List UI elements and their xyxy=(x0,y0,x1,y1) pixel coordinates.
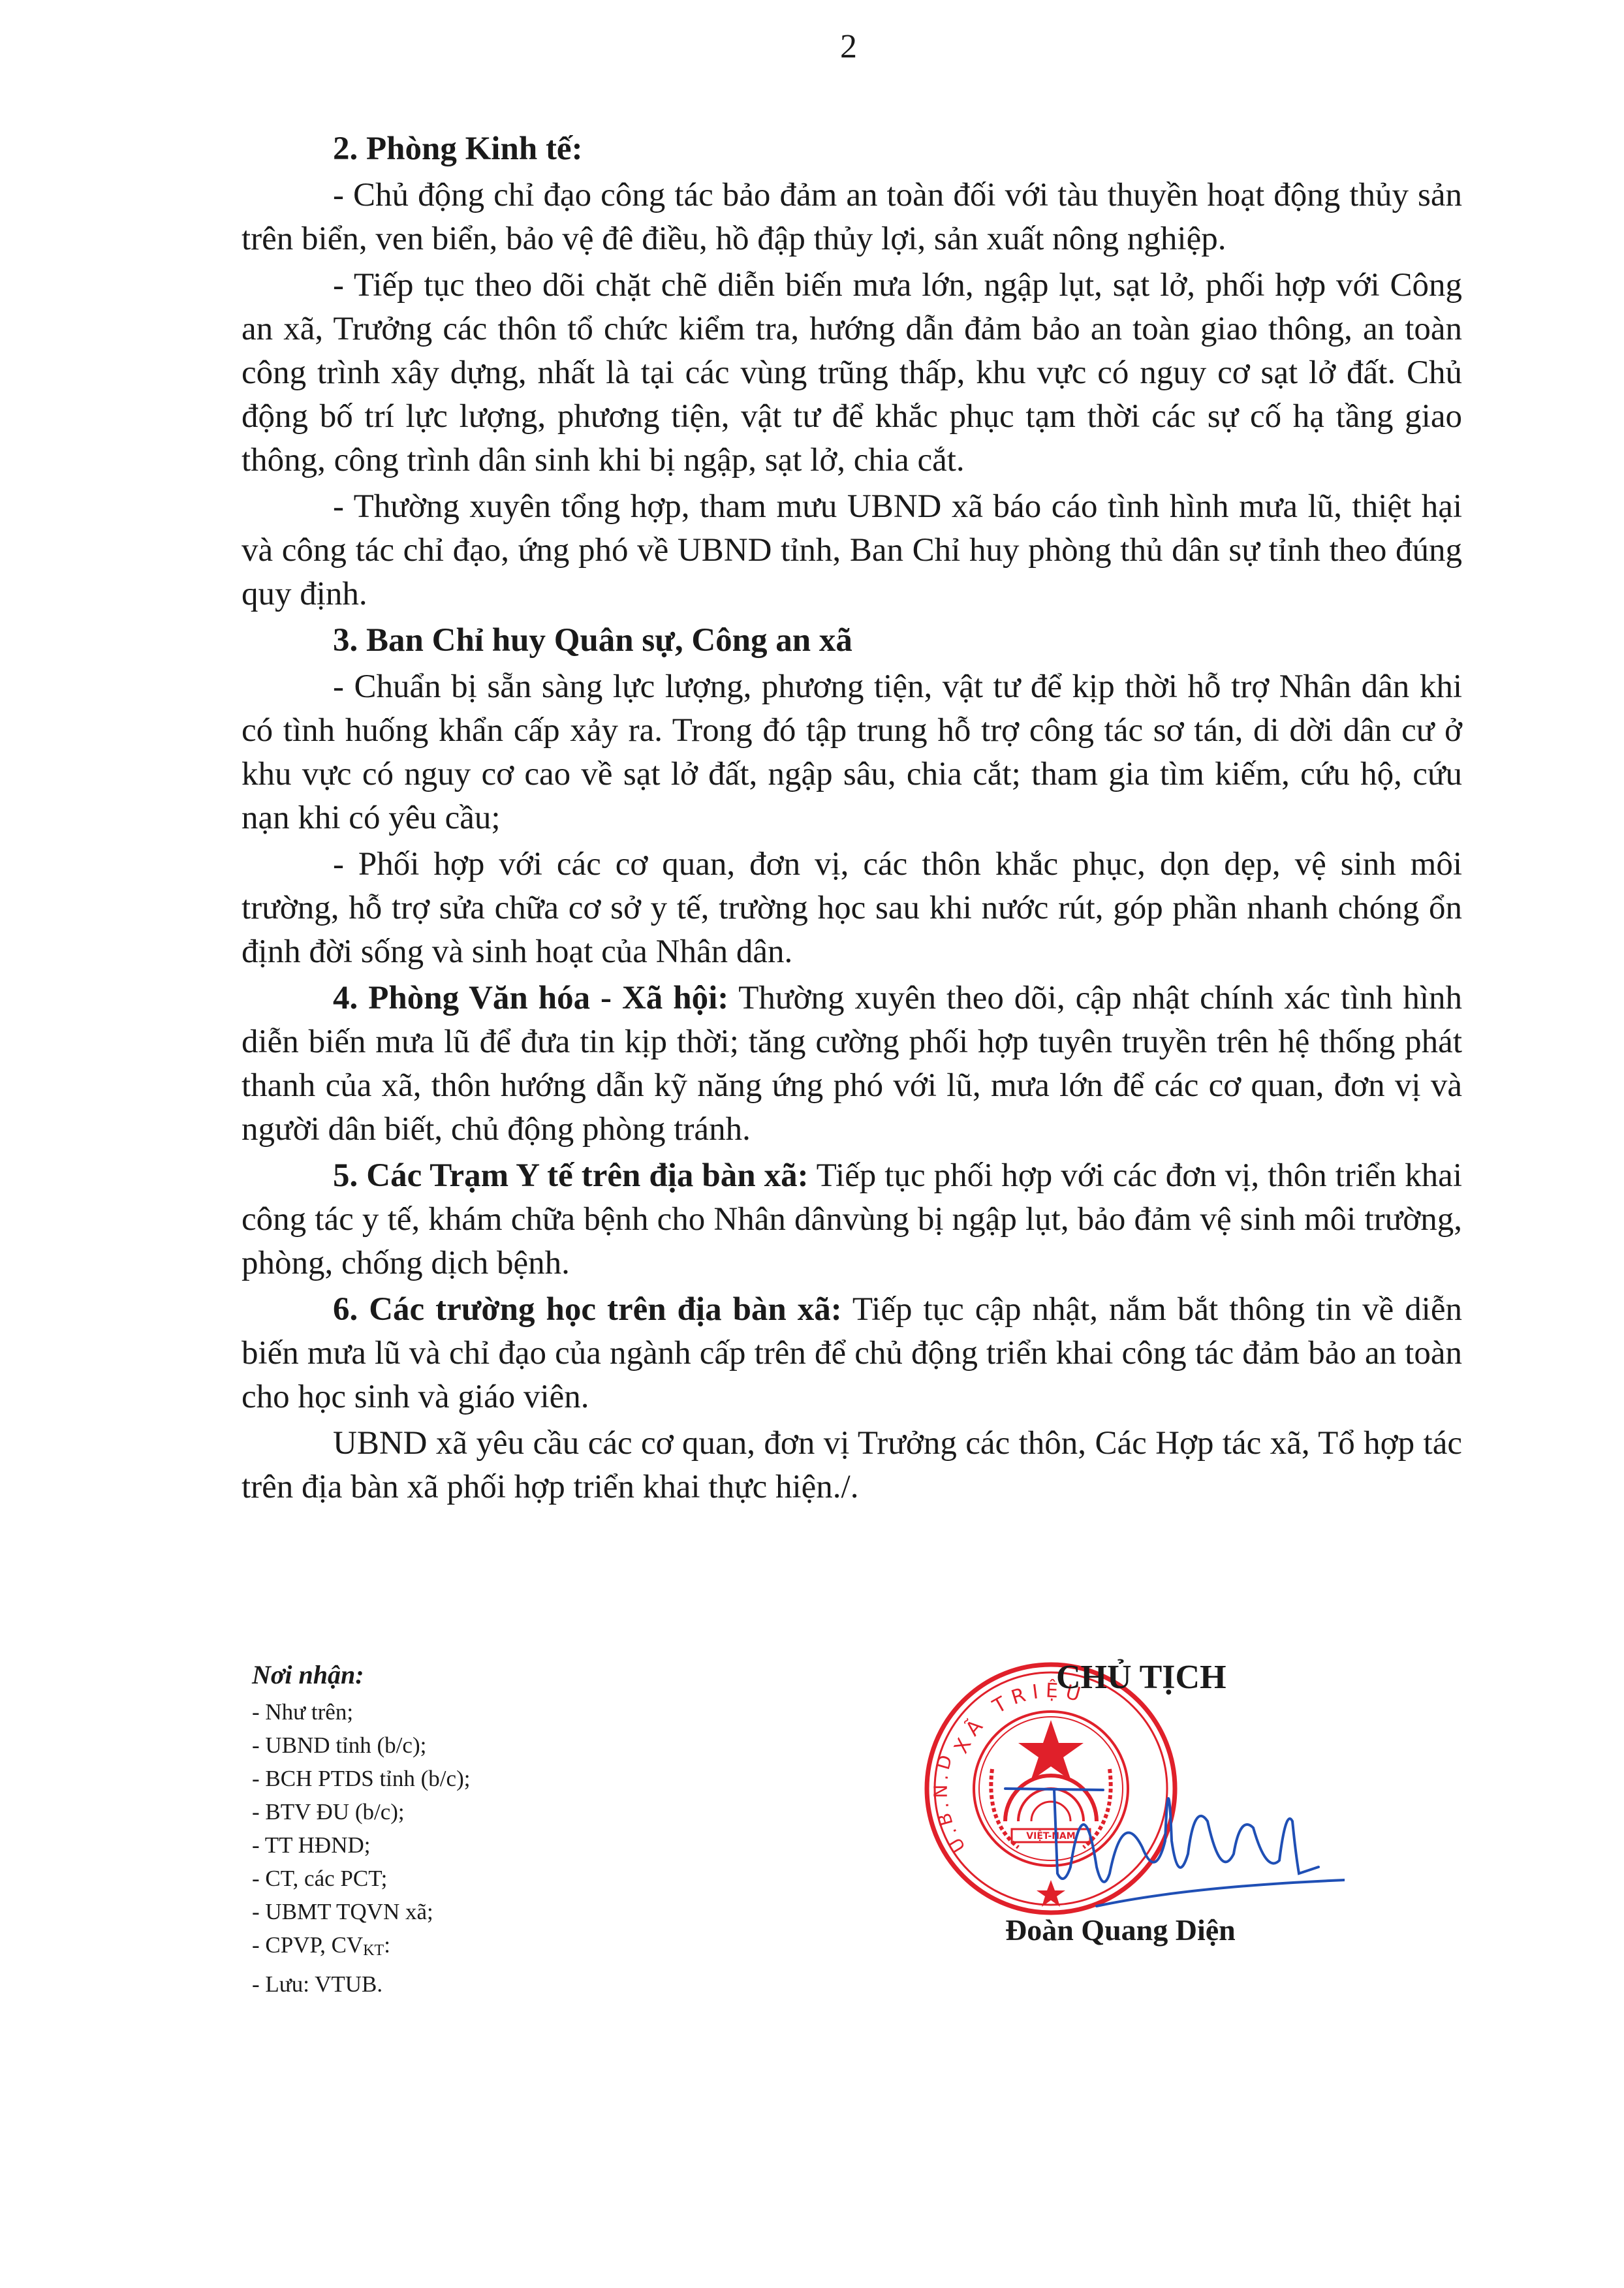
signer-title: CHỦ TỊCH xyxy=(1056,1658,1226,1697)
section-heading: 2. Phòng Kinh tế: xyxy=(242,127,1462,171)
closing-paragraph: UBND xã yêu cầu các cơ quan, đơn vị Trưở… xyxy=(242,1422,1462,1509)
section-label: 4. Phòng Văn hóa - Xã hội: xyxy=(333,980,728,1016)
recipient-item: - Lưu: VTUB. xyxy=(252,1967,709,2001)
recipients-block: Nơi nhận: - Như trên; - UBND tỉnh (b/c);… xyxy=(252,1658,709,2001)
document-body: 2. Phòng Kinh tế: - Chủ động chỉ đạo côn… xyxy=(242,127,1462,1512)
paragraph: - Phối hợp với các cơ quan, đơn vị, các … xyxy=(242,843,1462,974)
recipient-subscript: KT xyxy=(363,1942,384,1959)
section-paragraph: 4. Phòng Văn hóa - Xã hội: Thường xuyên … xyxy=(242,977,1462,1152)
section-paragraph: 6. Các trường học trên địa bàn xã: Tiếp … xyxy=(242,1288,1462,1419)
signer-name: Đoàn Quang Diện xyxy=(1005,1913,1236,1947)
page-number: 2 xyxy=(0,27,1624,66)
section-heading: 3. Ban Chỉ huy Quân sự, Công an xã xyxy=(242,619,1462,663)
recipient-item: - TT HĐND; xyxy=(252,1828,709,1862)
section-label: 6. Các trường học trên địa bàn xã: xyxy=(333,1291,842,1328)
recipient-item-cv: - CPVP, CVKT: xyxy=(252,1928,709,1967)
recipient-item: - Như trên; xyxy=(252,1695,709,1729)
section-label: 5. Các Trạm Y tế trên địa bàn xã: xyxy=(333,1157,809,1194)
recipient-item: - CT, các PCT; xyxy=(252,1862,709,1895)
section-paragraph: 5. Các Trạm Y tế trên địa bàn xã: Tiếp t… xyxy=(242,1154,1462,1285)
paragraph: - Chủ động chỉ đạo công tác bảo đảm an t… xyxy=(242,174,1462,261)
paragraph: - Thường xuyên tổng hợp, tham mưu UBND x… xyxy=(242,485,1462,616)
recipient-item: - UBND tỉnh (b/c); xyxy=(252,1729,709,1762)
recipient-item-text: - CPVP, CV xyxy=(252,1932,363,1958)
recipients-title: Nơi nhận: xyxy=(252,1658,709,1691)
recipient-item: - UBMT TQVN xã; xyxy=(252,1895,709,1928)
recipient-item: - BCH PTDS tỉnh (b/c); xyxy=(252,1762,709,1795)
signature-block: XÃ TRIỆU U.B.N.D VIỆT-NAM CHỦ TỊCH Đoàn … xyxy=(901,1645,1345,2011)
handwritten-signature-icon xyxy=(992,1743,1345,1913)
paragraph: - Tiếp tục theo dõi chặt chẽ diễn biến m… xyxy=(242,264,1462,482)
recipient-suffix: : xyxy=(384,1932,390,1958)
paragraph: - Chuẩn bị sẵn sàng lực lượng, phương ti… xyxy=(242,665,1462,840)
recipient-item: - BTV ĐU (b/c); xyxy=(252,1795,709,1828)
